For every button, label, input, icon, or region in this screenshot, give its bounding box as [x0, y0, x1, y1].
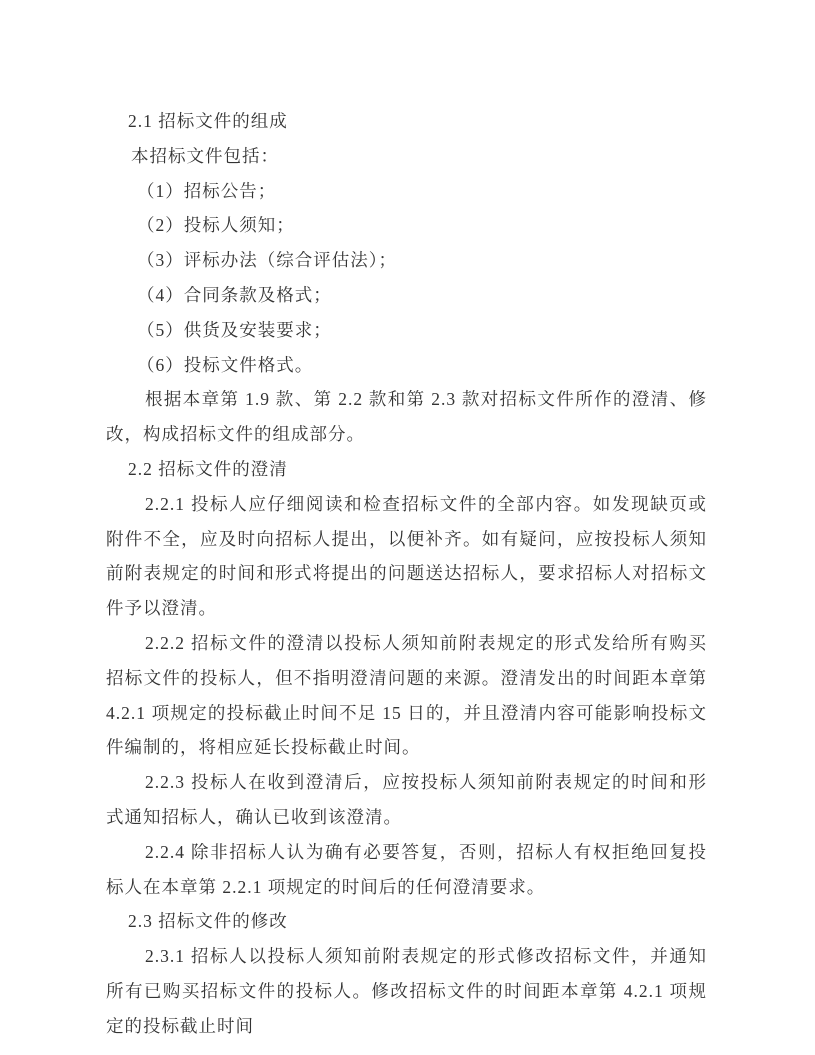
list-item-6: （6）投标文件格式。	[106, 348, 707, 383]
list-item-4: （4）合同条款及格式；	[106, 278, 707, 313]
clause-2-3-1: 2.3.1 招标人以投标人须知前附表规定的形式修改招标文件，并通知所有已购买招标…	[106, 939, 707, 1043]
clause-2-2-2: 2.2.2 招标文件的澄清以投标人须知前附表规定的形式发给所有购买招标文件的投标…	[106, 626, 707, 765]
intro-line: 本招标文件包括：	[106, 139, 707, 174]
clause-2-2-3: 2.2.3 投标人在收到澄清后，应按投标人须知前附表规定的时间和形式通知招标人，…	[106, 765, 707, 835]
list-item-2: （2）投标人须知；	[106, 208, 707, 243]
section-heading-2-2: 2.2 招标文件的澄清	[106, 452, 707, 487]
clause-2-2-1: 2.2.1 投标人应仔细阅读和检查招标文件的全部内容。如发现缺页或附件不全，应及…	[106, 487, 707, 626]
list-item-3: （3）评标办法（综合评估法）；	[106, 243, 707, 278]
paragraph-composition-note: 根据本章第 1.9 款、第 2.2 款和第 2.3 款对招标文件所作的澄清、修改…	[106, 382, 707, 452]
list-item-5: （5）供货及安装要求；	[106, 313, 707, 348]
document-page: 2.1 招标文件的组成 本招标文件包括： （1）招标公告； （2）投标人须知； …	[106, 104, 707, 1044]
section-heading-2-3: 2.3 招标文件的修改	[106, 904, 707, 939]
section-heading-2-1: 2.1 招标文件的组成	[106, 104, 707, 139]
list-item-1: （1）招标公告；	[106, 174, 707, 209]
clause-2-2-4: 2.2.4 除非招标人认为确有必要答复，否则，招标人有权拒绝回复投标人在本章第 …	[106, 835, 707, 905]
